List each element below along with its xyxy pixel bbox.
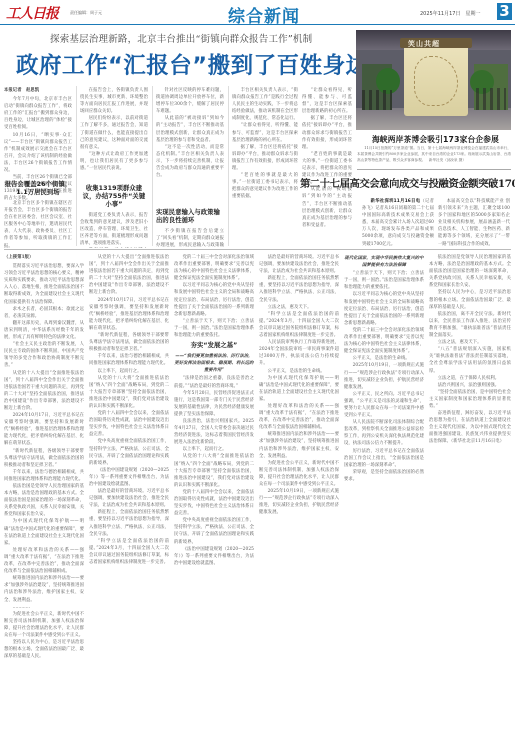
commentary-column-1: （上接第1版） 贯彻落实习近平法治思想，要深入学习领会习近平法治思想的核心要义、…	[4, 254, 84, 744]
lead-column-3: 针对社区反映的停车难问题，街道协调周边单位开放停车位，新增停车位300余个，缓解…	[156, 87, 224, 199]
commentary-column-6: 依法治国是党领导人民治理国家的基本方略，法治是治国理政的基本方式。全面依法治国是…	[429, 254, 511, 744]
story2-dateline: 新华社深圳11月16日电	[371, 199, 421, 204]
issue-date: 2025年11月17日 星期一	[420, 10, 480, 17]
lead-headline[interactable]: 政府工作“汇报台”搬到了百姓身边	[16, 48, 369, 80]
masthead: 工人日报 责任编辑：周子元 综合新闻 2025年11月17日 星期一 3	[0, 0, 515, 26]
story2-column-1: 新华社深圳11月16日电（记者 孙飞）记者从16日闭幕的第二十七届中国国际高新技…	[362, 198, 434, 246]
photo-visitors-left	[362, 90, 392, 110]
continuation-label: （上接第1版）	[4, 254, 84, 261]
lead-column-3b: 实现民意输入与政策输出的良性循环 不少街镇在报告会后建立了“回头看”机制，定期向…	[156, 206, 224, 248]
section-divider	[4, 249, 511, 250]
newspaper-logo: 工人日报	[6, 3, 58, 23]
column-divider	[76, 86, 77, 246]
column-divider	[152, 86, 153, 246]
lead-author: 本报记者 赵思凯	[4, 87, 72, 94]
page-number-badge: 3	[497, 3, 512, 20]
lead-column-4: 丰台区相关负责人表示，“街镇向群众报告工作”是践行全过程人民民主的生动实践，下一…	[232, 87, 298, 247]
lead-subhead-1: 报告会覆盖26个街镇，1.1万居民到场	[4, 181, 72, 197]
photo-map-route	[414, 56, 458, 106]
commentary-column-5: 现代化国家，实现中华民族伟大复兴的中国梦提供有力法治保障 “立善法于天下，则天下…	[344, 254, 424, 744]
photo-visitors-right	[476, 88, 506, 110]
photo-caption: 11月15日拍摄的“万里茶道”图。当日，第十七届海峡两岸茶业博览会在福建武夷山市…	[357, 146, 511, 163]
lead-subhead-2: 收集1319项群众建议，办结755件“关键小事”	[80, 185, 148, 209]
column-divider	[228, 86, 229, 246]
lead-column-1b: 报告会覆盖26个街镇，1.1万居民到场 北京丰台区多个街镇在辖区召开报告会，丰台…	[4, 178, 72, 248]
commentary-pullquote: ——“我们要更加重视法治、厉行法治，更好发挥法治固根本、稳预期、利长远的重要作用…	[174, 353, 254, 374]
lead-subhead-3: 实现民意输入与政策输出的良性循环	[156, 209, 224, 225]
lead-kicker: 探索基层治理新路，北京丰台推出“街镇向群众报告工作”机制	[50, 31, 312, 45]
caption-rule	[357, 169, 511, 170]
commentary-subhead: 夯实“发展之基”	[174, 342, 254, 350]
masthead-rule	[0, 24, 515, 25]
commentary-column-2: 从党的十八大提出“全面推进依法治国”，到十八届四中全会作出关于全面推进依法治国若…	[89, 254, 169, 744]
commentary-column-3: 党的二十届三中全会对深化法治领域改革作出重要部署，明确要求“完善以宪法为核心的中…	[174, 254, 254, 744]
photo-banner-text: 笑山共超	[408, 39, 440, 49]
editor-credit: 责任编辑：周子元	[70, 10, 102, 16]
tea-expo-photo[interactable]: 笑山共超	[356, 30, 511, 130]
story2-column-2: 本届高交会以“科技赋能产业 创新引领未来”为主题，汇聚全球100多个国家和地区的…	[438, 198, 510, 246]
commentary-column-4: 法治是最好的营商环境。习近平总书记强调，要加快建设法治社会，推进全民守法，让法治…	[259, 254, 339, 744]
photo-caption-title[interactable]: 海峡两岸茶博会吸引173家台企参展	[372, 134, 499, 145]
lead-column-2b: 收集1319项群众建议，办结755件“关键小事” 街道党工委负责人表示，报告会收…	[80, 182, 148, 248]
lead-column-5: “让群众看得见、听得懂、能参与、可监督”，这是丰台区探索基层治理新路的初心所在。…	[302, 87, 352, 247]
lead-column-2: 在报告会上，各街镇负责人围绕民生实事、城市更新、环境整治等方面向居民汇报工作进展…	[80, 87, 148, 182]
